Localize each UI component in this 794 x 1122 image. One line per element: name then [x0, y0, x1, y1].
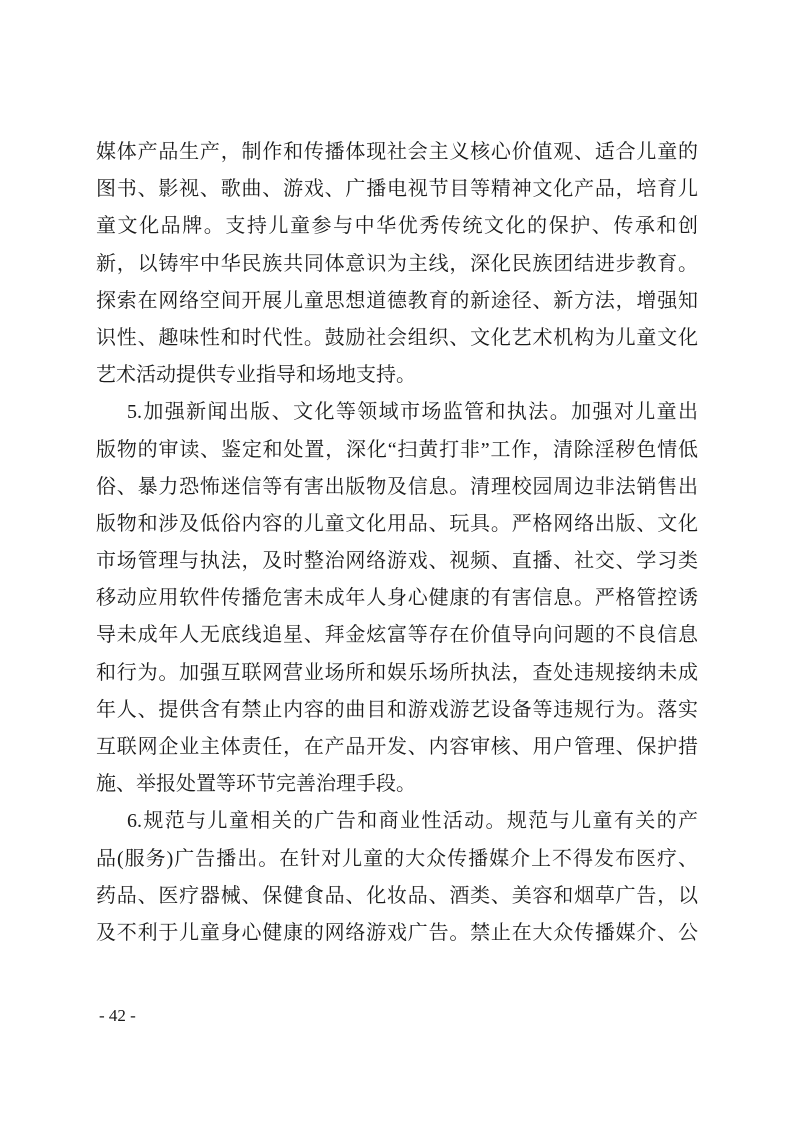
text-line: 及不利于儿童身心健康的网络游戏广告。禁止在大众传播媒介、公	[96, 915, 698, 952]
text-line: 版物和涉及低俗内容的儿童文化用品、玩具。严格网络出版、文化	[96, 506, 698, 543]
text-line-paragraph-end: 艺术活动提供专业指导和场地支持。	[96, 357, 698, 394]
text-line: 版物的审读、鉴定和处置，深化“扫黄打非”工作，清除淫秽色情低	[96, 432, 698, 469]
text-line: 移动应用软件传播危害未成年人身心健康的有害信息。严格管控诱	[96, 580, 698, 617]
text-line: 和行为。加强互联网营业场所和娱乐场所执法，查处违规接纳未成	[96, 655, 698, 692]
page-number: - 42 -	[99, 1004, 136, 1028]
text-line: 童文化品牌。支持儿童参与中华优秀传统文化的保护、传承和创	[96, 208, 698, 245]
text-line: 媒体产品生产，制作和传播体现社会主义核心价值观、适合儿童的	[96, 134, 698, 171]
text-line: 俗、暴力恐怖迷信等有害出版物及信息。清理校园周边非法销售出	[96, 469, 698, 506]
text-line-item-6-start: 6.规范与儿童相关的广告和商业性活动。规范与儿童有关的产	[96, 803, 698, 840]
text-line: 市场管理与执法，及时整治网络游戏、视频、直播、社交、学习类	[96, 543, 698, 580]
text-line: 导未成年人无底线追星、拜金炫富等存在价值导向问题的不良信息	[96, 617, 698, 654]
text-line: 药品、医疗器械、保健食品、化妆品、酒类、美容和烟草广告，以	[96, 878, 698, 915]
text-line: 探索在网络空间开展儿童思想道德教育的新途径、新方法，增强知	[96, 283, 698, 320]
text-line: 图书、影视、歌曲、游戏、广播电视节目等精神文化产品，培育儿	[96, 171, 698, 208]
text-line-item-5-start: 5.加强新闻出版、文化等领域市场监管和执法。加强对儿童出	[96, 394, 698, 431]
text-content: 媒体产品生产，制作和传播体现社会主义核心价值观、适合儿童的 图书、影视、歌曲、游…	[96, 134, 698, 952]
text-line-paragraph-end: 施、举报处置等环节完善治理手段。	[96, 766, 698, 803]
text-line: 互联网企业主体责任，在产品开发、内容审核、用户管理、保护措	[96, 729, 698, 766]
document-page: 媒体产品生产，制作和传播体现社会主义核心价值观、适合儿童的 图书、影视、歌曲、游…	[0, 0, 794, 1122]
text-line: 品(服务)广告播出。在针对儿童的大众传播媒介上不得发布医疗、	[96, 841, 698, 878]
text-line: 新，以铸牢中华民族共同体意识为主线，深化民族团结进步教育。	[96, 246, 698, 283]
text-line: 年人、提供含有禁止内容的曲目和游戏游艺设备等违规行为。落实	[96, 692, 698, 729]
text-line: 识性、趣味性和时代性。鼓励社会组织、文化艺术机构为儿童文化	[96, 320, 698, 357]
